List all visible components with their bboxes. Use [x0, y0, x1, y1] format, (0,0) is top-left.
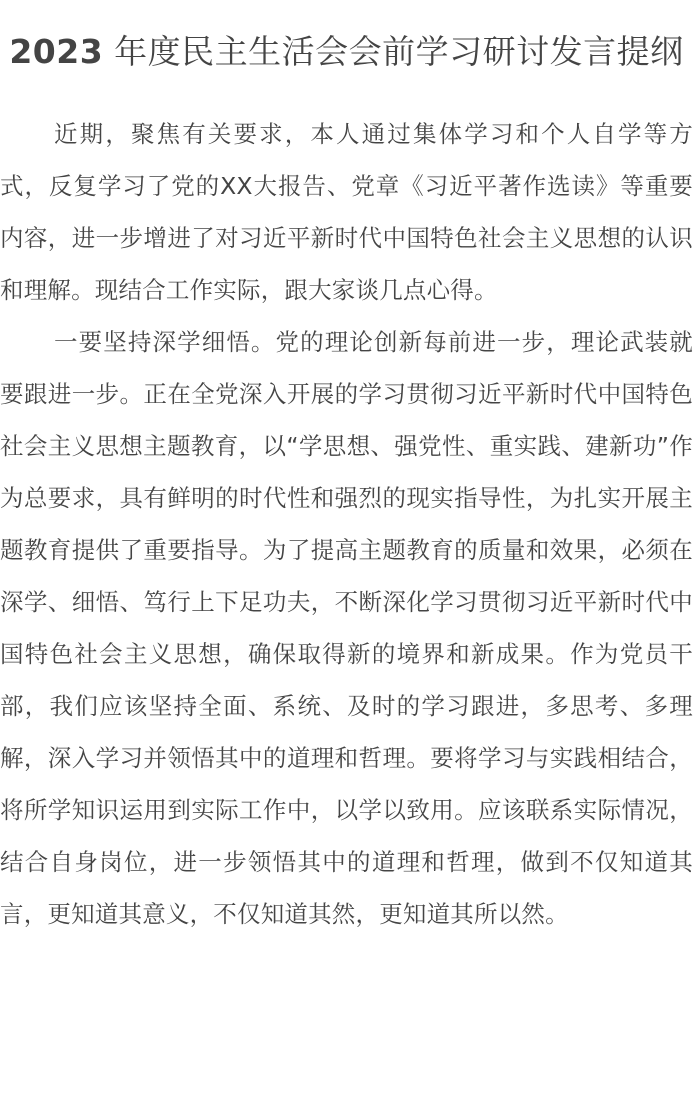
title-text: 年度民主生活会会前学习研讨发言提纲 [114, 32, 684, 71]
document-title: 2023 年度民主生活会会前学习研讨发言提纲 [0, 26, 693, 78]
document-body: 近期，聚焦有关要求，本人通过集体学习和个人自学等方式，反复学习了党的XX大报告、… [0, 108, 693, 940]
title-year: 2023 [9, 32, 103, 71]
paragraph-point-one: 一要坚持深学细悟。党的理论创新每前进一步，理论武装就要跟进一步。正在全党深入开展… [0, 316, 693, 940]
document: 2023 年度民主生活会会前学习研讨发言提纲 近期，聚焦有关要求，本人通过集体学… [0, 26, 693, 940]
paragraph-intro: 近期，聚焦有关要求，本人通过集体学习和个人自学等方式，反复学习了党的XX大报告、… [0, 108, 693, 316]
